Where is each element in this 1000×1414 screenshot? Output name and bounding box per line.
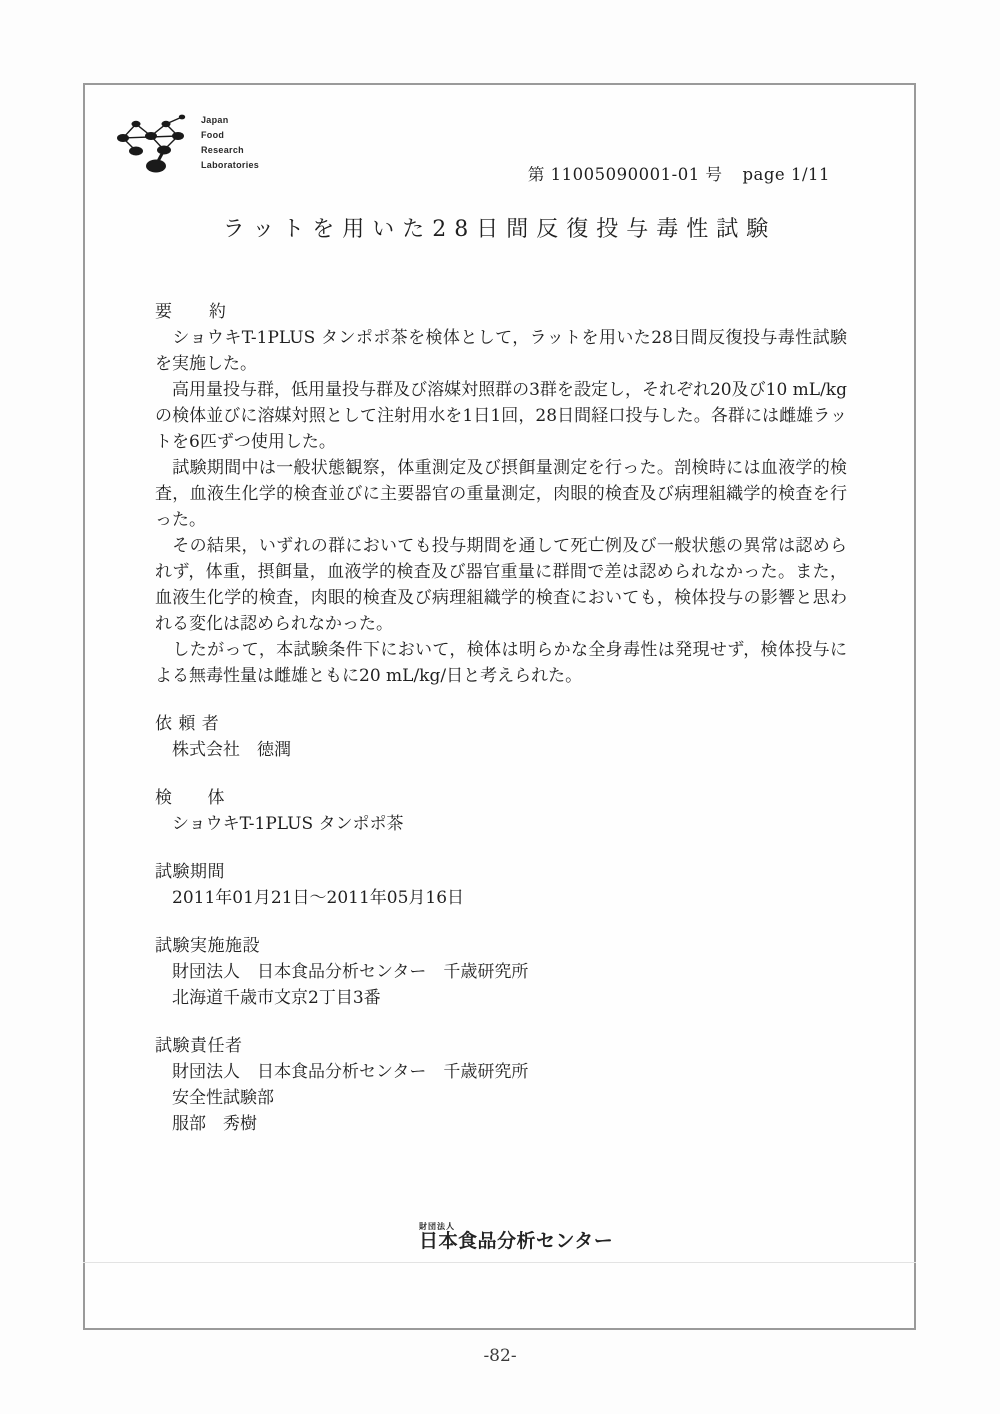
section-line: ショウキT-1PLUS タンポポ茶: [155, 811, 847, 837]
section-heading: 依 頼 者: [155, 711, 847, 737]
section-line: 株式会社 徳潤: [155, 737, 847, 763]
section-study-period: 試験期間 2011年01月21日～2011年05月16日: [155, 859, 847, 911]
footer-org-type: 財団法人: [419, 1223, 613, 1231]
section-client: 依 頼 者 株式会社 徳潤: [155, 711, 847, 763]
section-heading: 試験責任者: [155, 1033, 847, 1059]
section-test-article: 検 体 ショウキT-1PLUS タンポポ茶: [155, 785, 847, 837]
section-line: 財団法人 日本食品分析センター 千歳研究所: [155, 1059, 847, 1085]
section-line: 安全性試験部: [155, 1085, 847, 1111]
section-heading: 試験期間: [155, 859, 847, 885]
jfrl-logo-wordmark: Japan Food Research Laboratories: [201, 113, 259, 173]
summary-paragraph: したがって，本試験条件下において，検体は明らかな全身毒性は発現せず，検体投与によ…: [155, 637, 847, 689]
summary-paragraph: その結果，いずれの群においても投与期間を通して死亡例及び一般状態の異常は認められ…: [155, 533, 847, 637]
section-line: 財団法人 日本食品分析センター 千歳研究所: [155, 959, 847, 985]
doc-header: 第 11005090001-01 号page 1/11: [528, 161, 830, 185]
report-title: ラットを用いた28日間反復投与毒性試験: [85, 212, 914, 243]
footer-org-name: 日本食品分析センター: [419, 1231, 613, 1253]
summary-paragraph: 試験期間中は一般状態観察，体重測定及び摂餌量測定を行った。剖検時には血液学的検査…: [155, 455, 847, 533]
scanned-report-page: Japan Food Research Laboratories 第 11005…: [0, 0, 1000, 1414]
section-line: 北海道千歳市文京2丁目3番: [155, 985, 847, 1011]
logo-word-1: Japan: [201, 113, 259, 128]
section-line: 服部 秀樹: [155, 1111, 847, 1137]
jfrl-molecule-icon: [115, 113, 189, 175]
report-body: 要 約 ショウキT-1PLUS タンポポ茶を検体として，ラットを用いた28日間反…: [155, 299, 847, 1137]
section-heading: 検 体: [155, 785, 847, 811]
logo-word-2: Food: [201, 128, 259, 143]
footer-rule: [83, 1262, 916, 1263]
logo-word-4: Laboratories: [201, 158, 259, 173]
jfrl-logo: Japan Food Research Laboratories: [115, 113, 259, 175]
section-line: 2011年01月21日～2011年05月16日: [155, 885, 847, 911]
section-test-facility: 試験実施施設 財団法人 日本食品分析センター 千歳研究所 北海道千歳市文京2丁目…: [155, 933, 847, 1011]
section-heading: 試験実施施設: [155, 933, 847, 959]
logo-word-3: Research: [201, 143, 259, 158]
summary-paragraph: ショウキT-1PLUS タンポポ茶を検体として，ラットを用いた28日間反復投与毒…: [155, 325, 847, 377]
section-study-director: 試験責任者 財団法人 日本食品分析センター 千歳研究所 安全性試験部 服部 秀樹: [155, 1033, 847, 1137]
scan-page-number: -82-: [0, 1346, 1000, 1366]
summary-heading: 要 約: [155, 299, 847, 325]
page-border: Japan Food Research Laboratories 第 11005…: [83, 83, 916, 1330]
footer-institute-logo: 財団法人 日本食品分析センター: [419, 1223, 613, 1253]
doc-number: 第 11005090001-01 号: [528, 165, 723, 184]
summary-paragraph: 高用量投与群，低用量投与群及び溶媒対照群の3群を設定し，それぞれ20及び10 m…: [155, 377, 847, 455]
page-indicator: page 1/11: [742, 165, 830, 184]
